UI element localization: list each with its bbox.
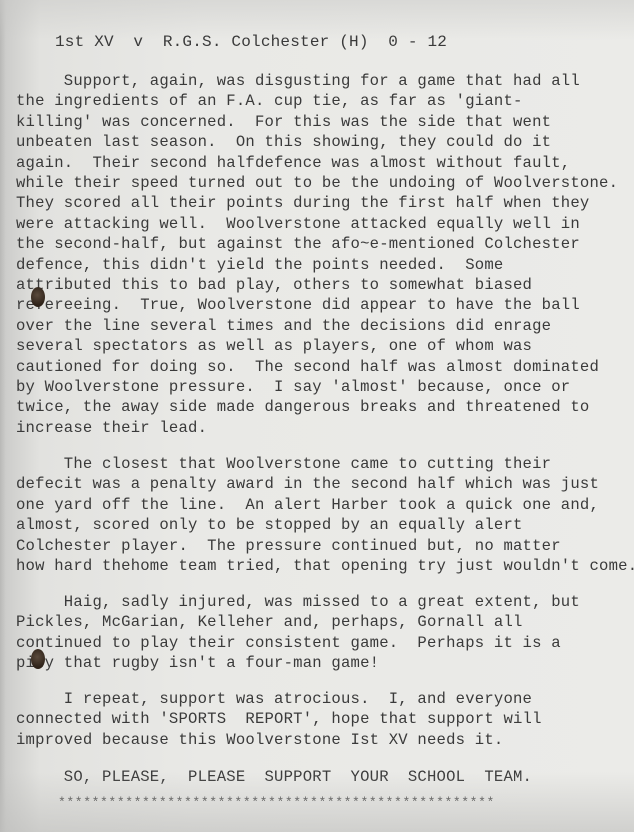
text-line: by Woolverstone pressure. I say 'almost'… (16, 378, 570, 396)
text-line: increase their lead. (16, 419, 207, 437)
text-line: I repeat, support was atrocious. I, and … (16, 690, 532, 708)
text-line: while their speed turned out to be the u… (16, 174, 618, 192)
match-title: 1st XV v R.G.S. Colchester (H) 0 - 12 (55, 33, 447, 51)
text-line: The closest that Woolverstone came to cu… (16, 455, 551, 473)
text-line: Haig, sadly injured, was missed to a gre… (16, 593, 580, 611)
text-line: twice, the away side made dangerous brea… (16, 398, 589, 416)
text-line: the second-half, but against the afo~e-m… (16, 235, 580, 253)
text-line: the ingredients of an F.A. cup tie, as f… (16, 92, 523, 110)
text-line: again. Their second halfdefence was almo… (16, 154, 570, 172)
text-line: how hard thehome team tried, that openin… (16, 557, 634, 575)
text-line: Support, again, was disgusting for a gam… (16, 72, 580, 90)
text-line: improved because this Woolverstone Ist X… (16, 731, 503, 749)
punch-hole-lower (31, 649, 45, 669)
text-line: almost, scored only to be stopped by an … (16, 516, 523, 534)
text-line: connected with 'SPORTS REPORT', hope tha… (16, 710, 542, 728)
text-line: one yard off the line. An alert Harber t… (16, 496, 599, 514)
text-line: were attacking well. Woolverstone attack… (16, 215, 580, 233)
text-line: defecit was a penalty award in the secon… (16, 475, 599, 493)
text-line: several spectators as well as players, o… (16, 337, 532, 355)
punch-hole-upper (31, 287, 45, 307)
text-line: refereeing. True, Woolverstone did appea… (16, 296, 580, 314)
text-line: pity that rugby isn't a four-man game! (16, 654, 379, 672)
text-line: killing' was concerned. For this was the… (16, 113, 551, 131)
text-line: Pickles, McGarian, Kelleher and, perhaps… (16, 613, 523, 631)
text-line: They scored all their points during the … (16, 194, 589, 212)
text-line: continued to play their consistent game.… (16, 634, 561, 652)
page-shadow-bottom (0, 772, 634, 832)
text-line: over the line several times and the deci… (16, 317, 551, 335)
text-line: defence, this didn't yield the points ne… (16, 256, 503, 274)
text-line: unbeaten last season. On this showing, t… (16, 133, 551, 151)
text-line: cautioned for doing so. The second half … (16, 358, 599, 376)
text-line: Colchester player. The pressure continue… (16, 537, 561, 555)
text-line: attributed this to bad play, others to s… (16, 276, 532, 294)
typed-page: 1st XV v R.G.S. Colchester (H) 0 - 12 Su… (0, 0, 634, 832)
